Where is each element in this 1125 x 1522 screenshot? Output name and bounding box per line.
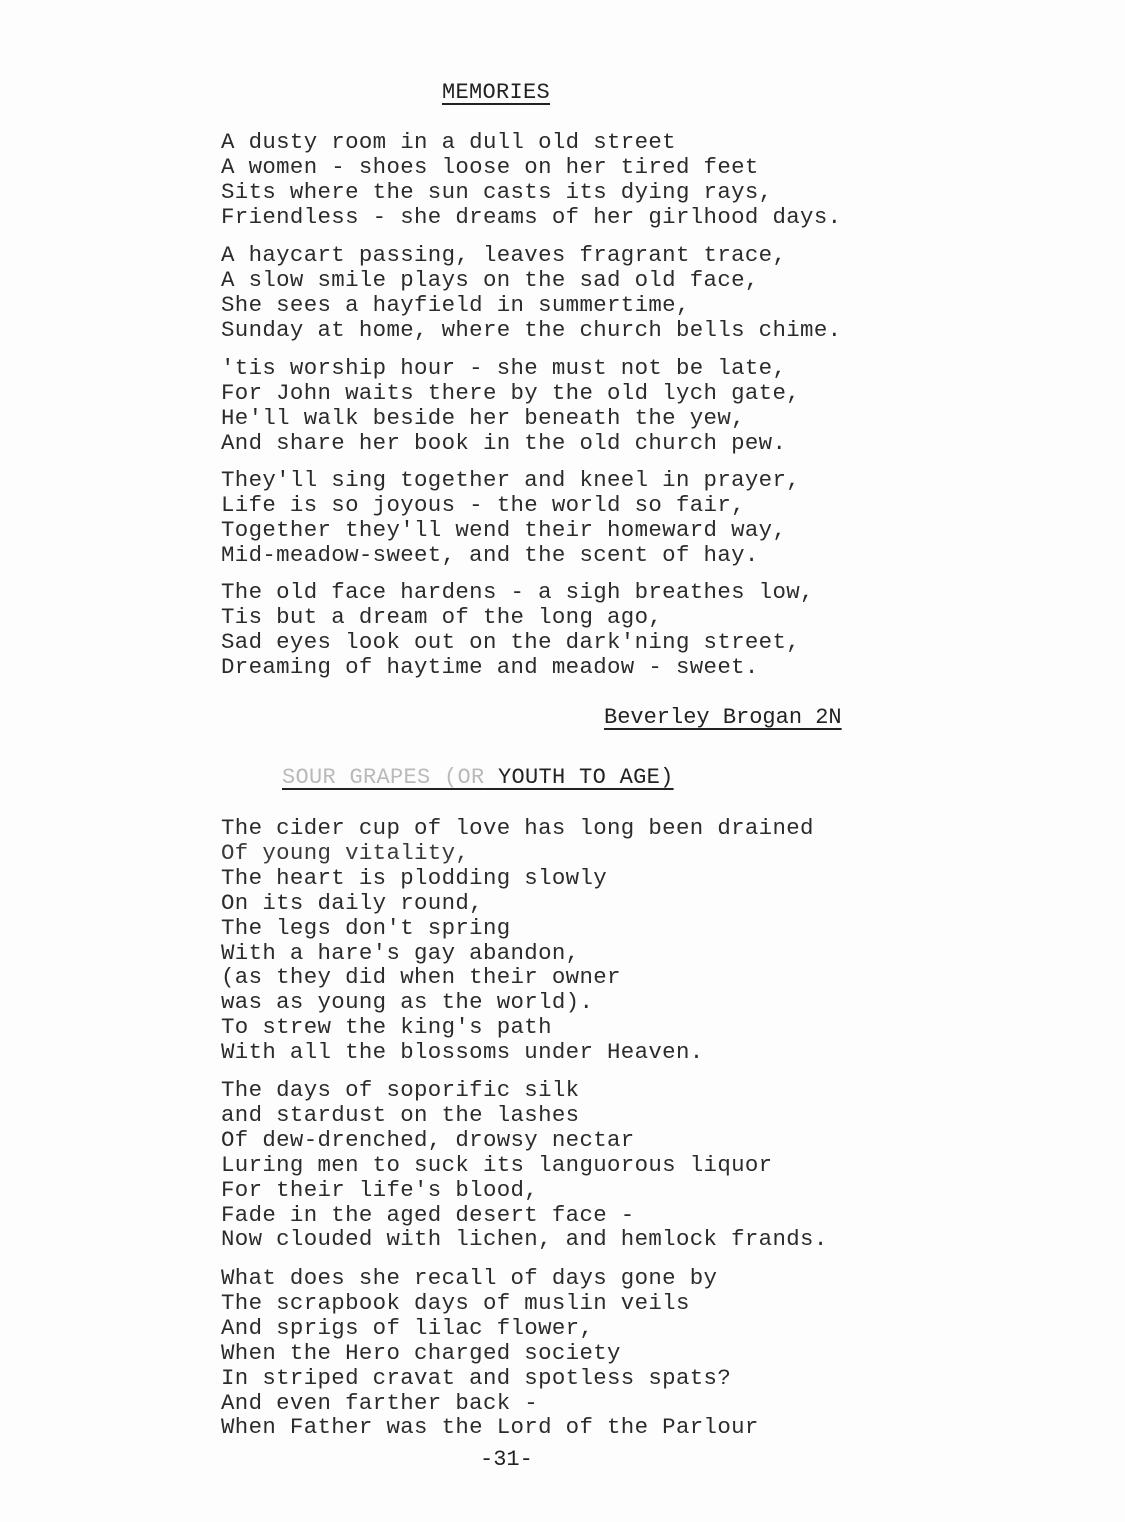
poem-line: Friendless - she dreams of her girlhood … — [221, 205, 841, 230]
stanza: The days of soporific silk and stardust … — [221, 1078, 828, 1252]
poem-line: The legs don't spring — [221, 916, 814, 941]
poem-line: For John waits there by the old lych gat… — [221, 381, 800, 406]
poem-line: Sunday at home, where the church bells c… — [221, 318, 841, 343]
poem-line: was as young as the world). — [221, 990, 814, 1015]
poem-line: The heart is plodding slowly — [221, 866, 814, 891]
poem-line: He'll walk beside her beneath the yew, — [221, 406, 800, 431]
poem-author: Beverley Brogan 2N — [604, 705, 842, 730]
poem-line: (as they did when their owner — [221, 965, 814, 990]
poem-line: The old face hardens - a sigh breathes l… — [221, 580, 814, 605]
stanza: 'tis worship hour - she must not be late… — [221, 356, 800, 456]
poem-line: What does she recall of days gone by — [221, 1266, 759, 1291]
poem-line: When Father was the Lord of the Parlour — [221, 1415, 759, 1440]
poem-line: In striped cravat and spotless spats? — [221, 1366, 759, 1391]
poem-line: 'tis worship hour - she must not be late… — [221, 356, 800, 381]
poem-line: A slow smile plays on the sad old face, — [221, 268, 841, 293]
poem-line: When the Hero charged society — [221, 1341, 759, 1366]
stanza: A dusty room in a dull old street A wome… — [221, 130, 841, 230]
poem-line: Luring men to suck its languorous liquor — [221, 1153, 828, 1178]
document-page: MEMORIES A dusty room in a dull old stre… — [0, 0, 1125, 1522]
poem-line: A women - shoes loose on her tired feet — [221, 155, 841, 180]
poem-line: The days of soporific silk — [221, 1078, 828, 1103]
poem-line: And share her book in the old church pew… — [221, 431, 800, 456]
poem-line: A haycart passing, leaves fragrant trace… — [221, 243, 841, 268]
stanza: A haycart passing, leaves fragrant trace… — [221, 243, 841, 343]
poem-line: Fade in the aged desert face - — [221, 1203, 828, 1228]
poem-line: With all the blossoms under Heaven. — [221, 1040, 814, 1065]
poem-line: Of dew-drenched, drowsy nectar — [221, 1128, 828, 1153]
poem-line: The cider cup of love has long been drai… — [221, 816, 814, 841]
poem-line: Tis but a dream of the long ago, — [221, 605, 814, 630]
poem-line: They'll sing together and kneel in praye… — [221, 468, 800, 493]
poem-line: Now clouded with lichen, and hemlock fra… — [221, 1227, 828, 1252]
page-number: -31- — [480, 1447, 533, 1472]
poem-line: On its daily round, — [221, 891, 814, 916]
poem-line: Dreaming of haytime and meadow - sweet. — [221, 655, 814, 680]
poem-line: With a hare's gay abandon, — [221, 941, 814, 966]
poem-line: A dusty room in a dull old street — [221, 130, 841, 155]
poem-title-clear-part: YOUTH TO AGE) — [485, 765, 674, 790]
poem-line: And sprigs of lilac flower, — [221, 1316, 759, 1341]
poem-line: Life is so joyous - the world so fair, — [221, 493, 800, 518]
poem-title-sour-grapes: SOUR GRAPES (OR YOUTH TO AGE) — [282, 765, 674, 790]
poem-line: Sad eyes look out on the dark'ning stree… — [221, 630, 814, 655]
poem-line: Mid-meadow-sweet, and the scent of hay. — [221, 543, 800, 568]
poem-line: Sits where the sun casts its dying rays, — [221, 180, 841, 205]
poem-line: Together they'll wend their homeward way… — [221, 518, 800, 543]
stanza: The old face hardens - a sigh breathes l… — [221, 580, 814, 680]
stanza: What does she recall of days gone by The… — [221, 1266, 759, 1440]
poem-line: And even farther back - — [221, 1391, 759, 1416]
poem-line: and stardust on the lashes — [221, 1103, 828, 1128]
poem-line: For their life's blood, — [221, 1178, 828, 1203]
poem-line: Of young vitality, — [221, 841, 814, 866]
poem-title-faded-part: SOUR GRAPES (OR — [282, 765, 485, 790]
stanza: They'll sing together and kneel in praye… — [221, 468, 800, 568]
poem-line: She sees a hayfield in summertime, — [221, 293, 841, 318]
stanza: The cider cup of love has long been drai… — [221, 816, 814, 1065]
poem-title-memories: MEMORIES — [442, 80, 550, 105]
poem-line: To strew the king's path — [221, 1015, 814, 1040]
poem-line: The scrapbook days of muslin veils — [221, 1291, 759, 1316]
